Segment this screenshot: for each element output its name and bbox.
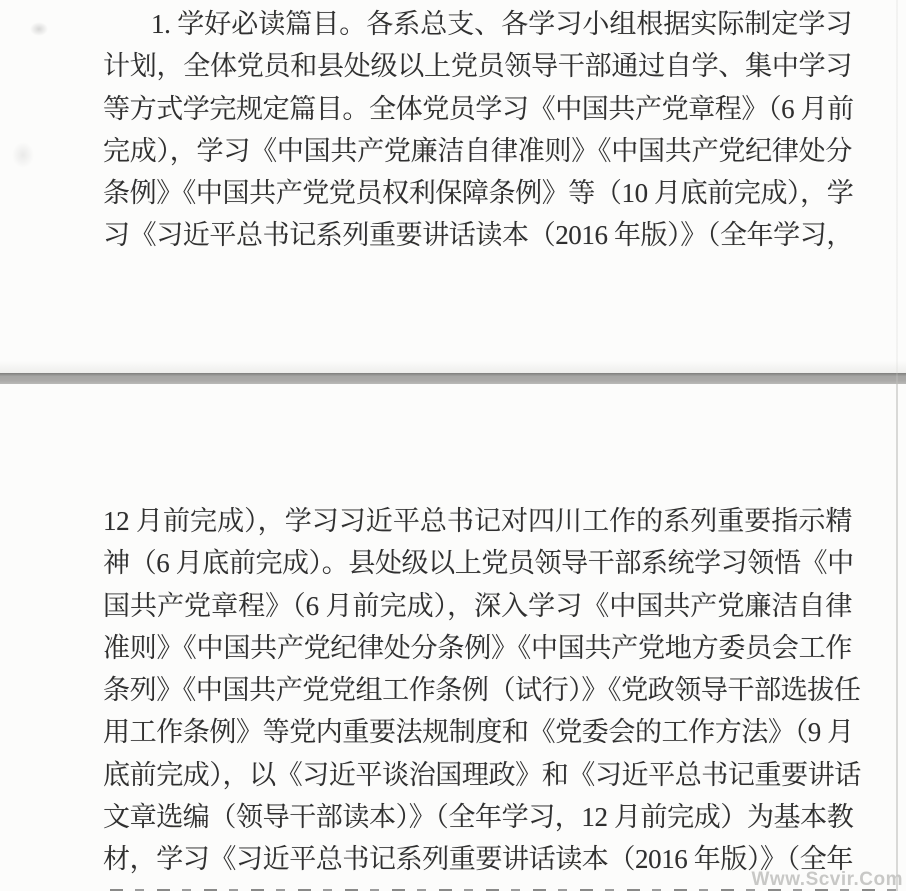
text-line: 条例》《中国共产党党员权利保障条例》等（10 月底前完成），学 bbox=[103, 172, 852, 214]
page-separator-band bbox=[0, 373, 906, 384]
page-right-edge-artifact bbox=[896, 0, 898, 891]
text-line: 计划，全体党员和县处级以上党员领导干部通过自学、集中学习 bbox=[103, 45, 852, 87]
text-line: 材，学习《习近平总书记系列重要讲话读本（2016 年版）》（全年 bbox=[103, 838, 852, 880]
page-bottom-section: 12 月前完成），学习习近平总书记对四川工作的系列重要指示精 神（6 月底前完成… bbox=[103, 500, 852, 881]
text-line: 习《习近平总书记系列重要讲话读本（2016 年版）》（全年学习， bbox=[103, 214, 852, 256]
scan-smudge bbox=[30, 22, 48, 36]
text-line: 底前完成），以《习近平谈治国理政》和《习近平总书记重要讲话 bbox=[103, 754, 852, 796]
text-line: 1. 学好必读篇目。各系总支、各学习小组根据实际制定学习 bbox=[103, 3, 852, 45]
page-bottom-shade bbox=[0, 360, 906, 373]
text-line: 用工作条例》等党内重要法规制度和《党委会的工作方法》（9 月 bbox=[103, 711, 852, 753]
text-line: 条列》《中国共产党党组工作条例（试行）》《党政领导干部选拔任 bbox=[103, 669, 852, 711]
text-line: 文章选编（领导干部读本）》（全年学习，12 月前完成）为基本教 bbox=[103, 796, 852, 838]
text-line: 准则》《中国共产党纪律处分条例》《中国共产党地方委员会工作 bbox=[103, 627, 852, 669]
scanned-document: 1. 学好必读篇目。各系总支、各学习小组根据实际制定学习 计划，全体党员和县处级… bbox=[0, 0, 906, 891]
watermark: Www.Scvir.Com bbox=[752, 869, 904, 891]
text-line: 神（6 月底前完成）。县处级以上党员领导干部系统学习领悟《中 bbox=[103, 542, 852, 584]
text-line: 12 月前完成），学习习近平总书记对四川工作的系列重要指示精 bbox=[103, 500, 852, 542]
text-line: 等方式学完规定篇目。全体党员学习《中国共产党章程》（6 月前 bbox=[103, 88, 852, 130]
text-line: 国共产党章程》（6 月前完成），深入学习《中国共产党廉洁自律 bbox=[103, 585, 852, 627]
text-line: 完成），学习《中国共产党廉洁自律准则》《中国共产党纪律处分 bbox=[103, 130, 852, 172]
scan-smudge bbox=[12, 142, 34, 168]
page-top-section: 1. 学好必读篇目。各系总支、各学习小组根据实际制定学习 计划，全体党员和县处级… bbox=[103, 3, 852, 257]
